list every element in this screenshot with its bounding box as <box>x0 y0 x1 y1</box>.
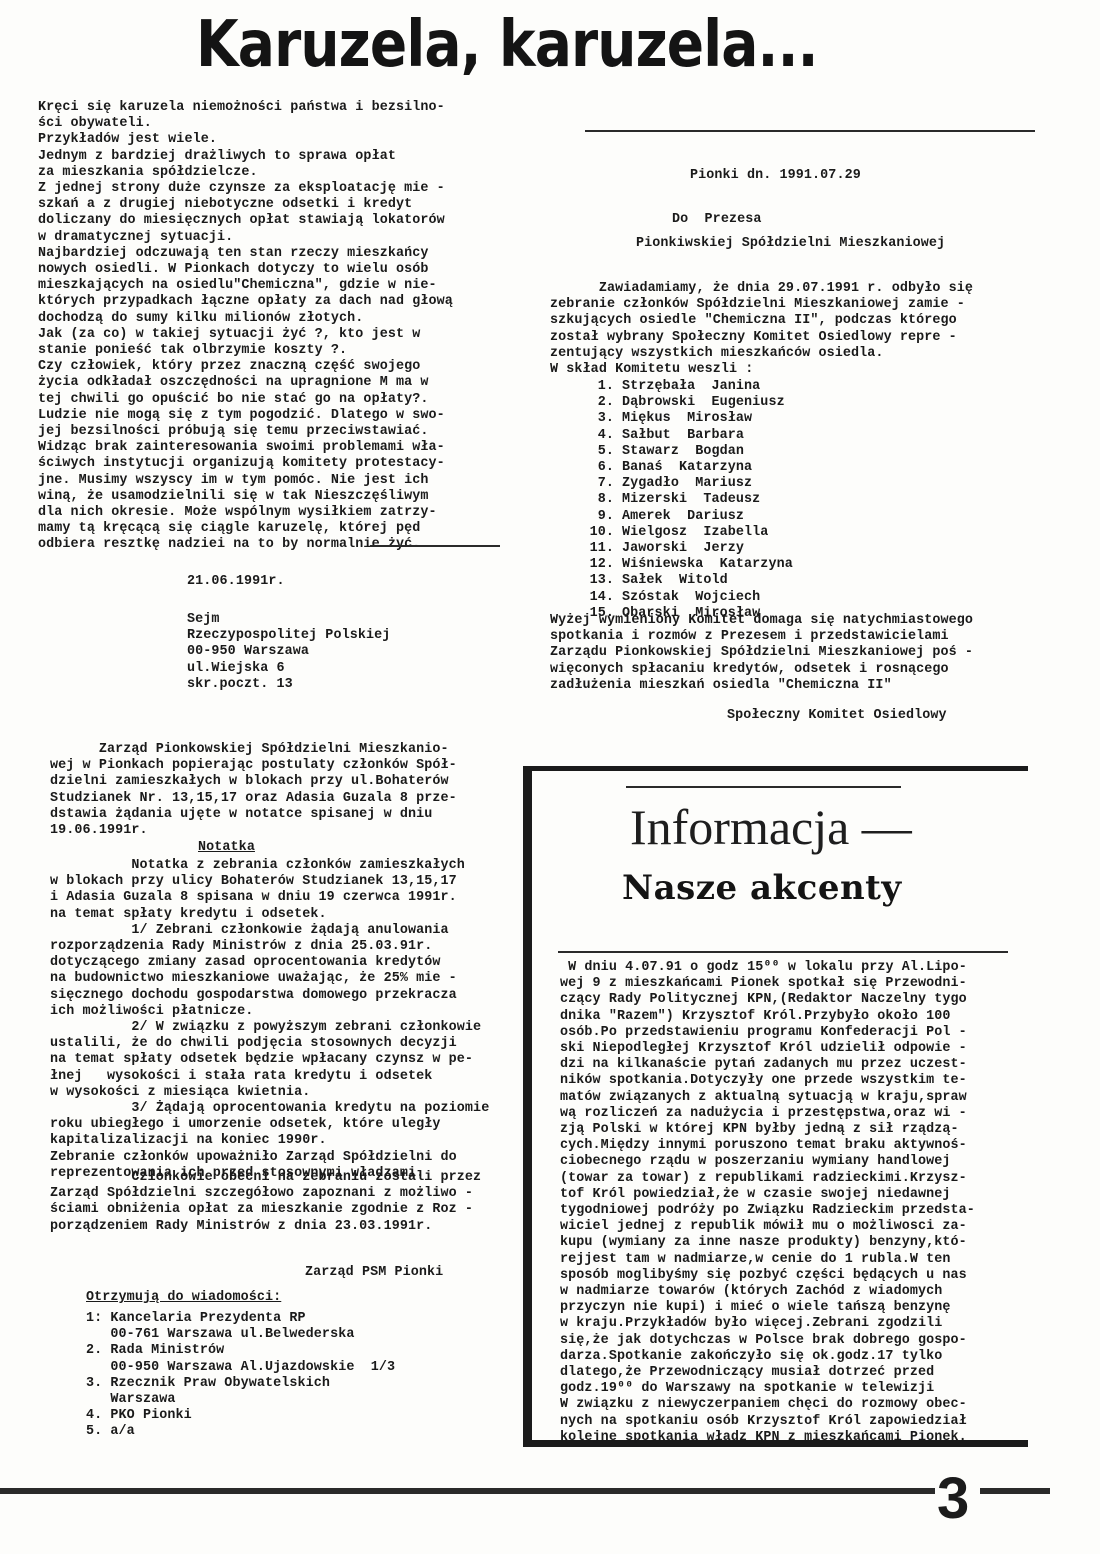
info-box-subtitle: Nasze akcenty <box>622 868 902 908</box>
divider <box>370 545 500 547</box>
divider <box>585 130 1035 132</box>
committee-member: 1.Strzębała Janina <box>582 379 793 395</box>
committee-member: 10.Wielgosz Izabella <box>582 525 793 541</box>
committee-member: 3.Miękus Mirosław <box>582 411 793 427</box>
committee-member: 12.Wiśniewska Katarzyna <box>582 557 793 573</box>
committee-member: 4.Sałbut Barbara <box>582 428 793 444</box>
committee-member: 2.Dąbrowski Eugeniusz <box>582 395 793 411</box>
notatka-body: Notatka z zebrania członków zamieszkałyc… <box>50 858 489 1182</box>
info-box-title: Informacja — <box>630 798 912 856</box>
committee-member: 8.Mizerski Tadeusz <box>582 492 793 508</box>
demand-paragraph: Wyżej wymieniony Komitet domaga się naty… <box>550 613 973 694</box>
letter-date: 21.06.1991r. <box>187 574 285 590</box>
committee-list: 1.Strzębała Janina2.Dąbrowski Eugeniusz3… <box>582 379 793 622</box>
footer-rule <box>980 1488 1050 1494</box>
recipients-heading: Otrzymują do wiadomości: <box>86 1290 281 1306</box>
info-box-body: W dniu 4.07.91 o godz 15⁰⁰ w lokalu przy… <box>560 960 975 1446</box>
divider <box>626 786 901 788</box>
committee-member: 5.Stawarz Bogdan <box>582 444 793 460</box>
committee-member: 7.Zygadło Mariusz <box>582 476 793 492</box>
intro-article: Kręci się karuzela niemożności państwa i… <box>38 100 453 554</box>
page-title: Karuzela, karuzela... <box>196 8 818 82</box>
committee-member: 14.Szóstak Wojciech <box>582 590 793 606</box>
footer-rule <box>0 1488 935 1494</box>
addressee-line-2: Pionkiwskiej Spółdzielni Mieszkaniowej <box>636 236 945 252</box>
committee-signature: Społeczny Komitet Osiedlowy <box>727 708 947 724</box>
zarzad-statement: Zarząd Pionkowskiej Spółdzielni Mieszkan… <box>50 742 457 839</box>
committee-member: 6.Banaś Katarzyna <box>582 460 793 476</box>
letter-address: Sejm Rzeczypospolitej Polskiej 00-950 Wa… <box>187 612 390 693</box>
notatka-heading: Notatka <box>198 840 255 856</box>
closing-paragraph: Członkowie obecni na zebraniu zostali pr… <box>50 1170 481 1235</box>
divider <box>558 951 1008 953</box>
addressee-line-1: Do Prezesa <box>672 212 762 228</box>
committee-member: 11.Jaworski Jerzy <box>582 541 793 557</box>
committee-member: 13.Sałek Witold <box>582 573 793 589</box>
place-date: Pionki dn. 1991.07.29 <box>690 168 861 184</box>
committee-member: 9.Amerek Dariusz <box>582 509 793 525</box>
signature: Zarząd PSM Pionki <box>305 1265 443 1281</box>
notice-body: Zawiadamiamy, że dnia 29.07.1991 r. odby… <box>550 281 973 378</box>
page-number: 3 <box>937 1465 969 1532</box>
recipients-list: 1: Kancelaria Prezydenta RP 00-761 Warsz… <box>86 1311 395 1441</box>
